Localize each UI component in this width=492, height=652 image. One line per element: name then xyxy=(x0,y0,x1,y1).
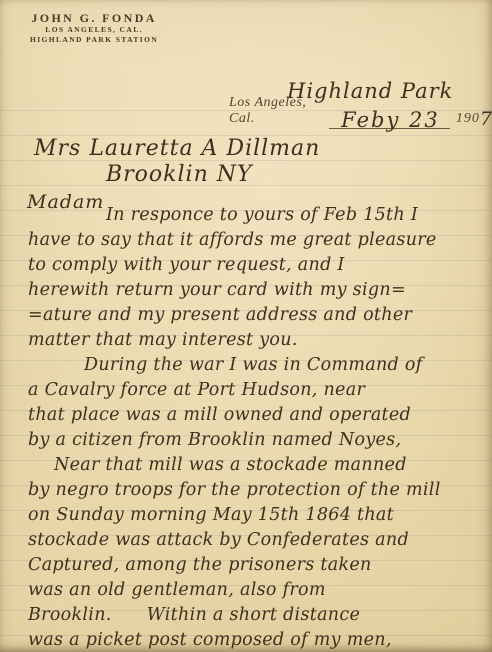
body-line: Near that mill was a stockade manned xyxy=(28,453,486,478)
letterhead-station: HIGHLAND PARK STATION xyxy=(30,35,158,45)
body-line: In responce to yours of Feb 15th I xyxy=(28,203,486,228)
letter-page: JOHN G. FONDA LOS ANGELES, CAL. HIGHLAND… xyxy=(0,0,492,652)
letter-body: In responce to yours of Feb 15th I have … xyxy=(28,203,486,652)
body-line: was an old gentleman, also from xyxy=(28,578,486,603)
recipient-city: Brooklin NY xyxy=(106,162,253,187)
body-line: =ature and my present address and other xyxy=(28,303,486,328)
body-line: herewith return your card with my sign= xyxy=(28,278,486,303)
letterhead-city: LOS ANGELES, CAL. xyxy=(30,25,158,35)
recipient-name: Mrs Lauretta A Dillman xyxy=(34,136,320,161)
body-line: on Sunday morning May 15th 1864 that xyxy=(28,503,486,528)
body-line: have to say that it affords me great ple… xyxy=(28,228,486,253)
body-line: that place was a mill owned and operated xyxy=(28,403,486,428)
body-line: stockade was attack by Confederates and xyxy=(28,528,486,553)
body-line: Brooklin. Within a short distance xyxy=(28,603,486,628)
body-line: was a picket post composed of my men, xyxy=(28,628,486,652)
body-line: by a citizen from Brooklin named Noyes, xyxy=(28,428,486,453)
dateline-date-handwritten: Feby 23 xyxy=(341,108,440,132)
dateline: Los Angeles, Cal. Feby 23 190 7 xyxy=(229,103,492,129)
dateline-year-printed: 190 xyxy=(456,111,480,129)
body-line: to comply with your request, and I xyxy=(28,253,486,278)
dateline-year-digit: 7 xyxy=(480,110,492,129)
body-line: During the war I was in Command of xyxy=(28,353,486,378)
dateline-city-printed: Los Angeles, Cal. xyxy=(229,95,326,129)
letterhead-name: JOHN G. FONDA xyxy=(30,11,158,25)
body-line: a Cavalry force at Port Hudson, near xyxy=(28,378,486,403)
dateline-blank-rule: Feby 23 xyxy=(329,102,450,129)
body-line: by negro troops for the protection of th… xyxy=(28,478,486,503)
body-line: matter that may interest you. xyxy=(28,328,486,353)
letterhead: JOHN G. FONDA LOS ANGELES, CAL. HIGHLAND… xyxy=(30,11,158,45)
body-line: Captured, among the prisoners taken xyxy=(28,553,486,578)
